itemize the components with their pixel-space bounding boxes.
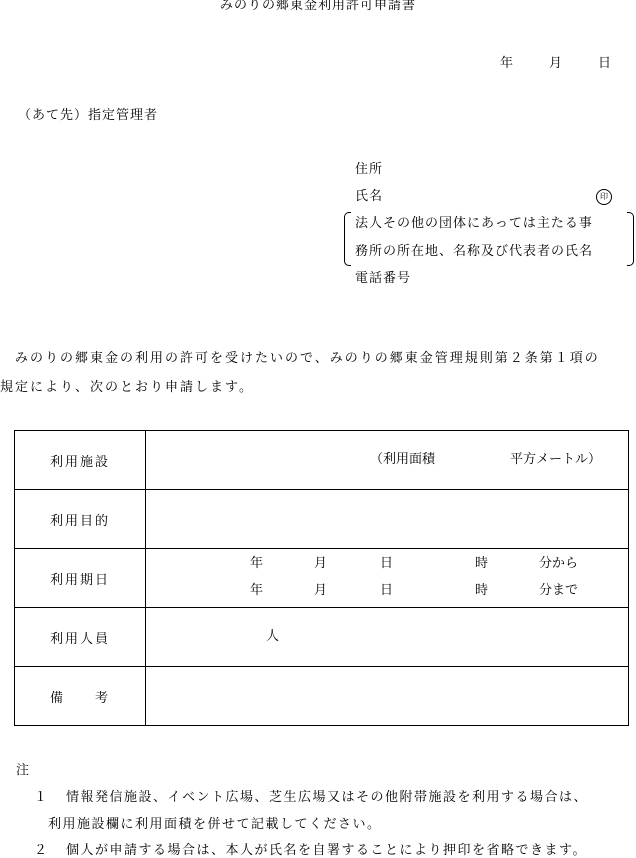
table-row-purpose: 利用目的 <box>15 490 629 549</box>
to-month: 月 <box>314 583 327 599</box>
area-open: （利用面積 <box>370 452 435 468</box>
addressee: （あて先）指定管理者 <box>18 108 158 124</box>
seal-icon: 印 <box>596 189 612 205</box>
left-bracket-icon <box>344 212 351 266</box>
from-hour: 時 <box>475 556 488 572</box>
to-year: 年 <box>250 583 263 599</box>
note-1-line2: 利用施設欄に利用面積を併せて記載してください。 <box>48 817 382 833</box>
table-row-period: 利用期日 年 月 日 時 分から 年 月 日 時 分まで <box>15 549 629 608</box>
from-month: 月 <box>314 556 327 572</box>
to-day: 日 <box>380 583 393 599</box>
remarks-field[interactable] <box>146 667 629 726</box>
address-label: 住所 <box>355 162 383 178</box>
body-line1: みのりの郷東金の利用の許可を受けたいので、みのりの郷東金管理規則第２条第１項の <box>0 351 600 367</box>
people-unit: 人 <box>266 629 279 645</box>
people-field[interactable]: 人 <box>146 608 629 667</box>
table-row-remarks: 備 考 <box>15 667 629 726</box>
document-title: みのりの郷東金利用許可申請書 <box>0 0 636 14</box>
date-month: 月 <box>549 52 562 71</box>
period-field[interactable]: 年 月 日 時 分から 年 月 日 時 分まで <box>146 549 629 608</box>
facility-field[interactable]: （利用面積 平方メートル） <box>146 431 629 490</box>
note-2-line1: 個人が申請する場合は、本人が氏名を自署することにより押印を省略できます。 <box>66 843 587 858</box>
date-year: 年 <box>500 52 513 71</box>
application-table: 利用施設 （利用面積 平方メートル） 利用目的 利用期日 年 月 日 時 分から… <box>14 430 629 726</box>
name-label: 氏名 <box>355 189 383 205</box>
note-2-num: ２ <box>34 843 49 858</box>
body-line2: 規定により、次のとおり申請します。 <box>0 380 254 396</box>
remarks-label: 備 考 <box>15 667 146 726</box>
from-minute: 分から <box>539 556 578 572</box>
notes-heading: 注 <box>16 763 31 779</box>
purpose-label: 利用目的 <box>15 490 146 549</box>
note-1-num: １ <box>34 790 49 806</box>
period-label: 利用期日 <box>15 549 146 608</box>
note-1-line1: 情報発信施設、イベント広場、芝生広場又はその他附帯施設を利用する場合は、 <box>66 790 588 806</box>
from-year: 年 <box>250 556 263 572</box>
to-minute: 分まで <box>539 583 578 599</box>
right-bracket-icon <box>627 212 634 266</box>
table-row-facility: 利用施設 （利用面積 平方メートル） <box>15 431 629 490</box>
table-row-people: 利用人員 人 <box>15 608 629 667</box>
purpose-field[interactable] <box>146 490 629 549</box>
people-label: 利用人員 <box>15 608 146 667</box>
phone-label: 電話番号 <box>355 271 411 287</box>
corporate-note-line1: 法人その他の団体にあっては主たる事 <box>355 216 593 232</box>
from-day: 日 <box>380 556 393 572</box>
facility-label: 利用施設 <box>15 431 146 490</box>
date-day: 日 <box>598 52 611 71</box>
to-hour: 時 <box>475 583 488 599</box>
area-unit: 平方メートル） <box>510 452 601 468</box>
corporate-note-line2: 務所の所在地、名称及び代表者の氏名 <box>355 244 593 260</box>
